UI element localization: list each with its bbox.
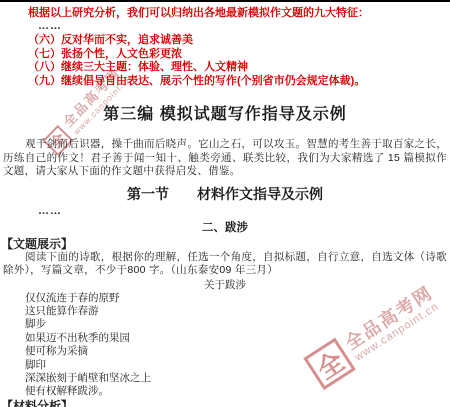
poem-body: 仅仅流连于春的原野 这只能算作春游 脚步 如果迈不出秋季的果园 便可称为采摘 脚… — [25, 292, 450, 399]
poem-line: 这只能算作春游 — [25, 305, 450, 318]
topic-display-label: 【文题展示】 — [1, 237, 450, 251]
poem-line: 便有权解释跋涉。 — [25, 385, 450, 398]
section-title: 第一节 材料作文指导及示例 — [0, 185, 450, 203]
feature-item-9: （九）继续倡导自由表达、展示个性的写作(个别省市仍会规定体裁)。 — [28, 75, 448, 89]
ellipsis-middle: …… — [38, 205, 450, 218]
features-intro-line: 根据以上研究分析，我们可以归纳出各地最新模拟作文题的九大特征： — [28, 6, 448, 20]
material-analysis-label: 【材料分析】 — [1, 399, 450, 407]
intro-paragraph: 观千剑而后识器，操千曲而后晓声。它山之石，可以攻玉。智慧的考生善于取百家之长，历… — [3, 138, 447, 179]
poem-line: 便可称为采摘 — [25, 345, 450, 358]
poem-line: 脚印 — [25, 359, 450, 372]
poem-line: 仅仅流连于春的原野 — [25, 292, 450, 305]
ellipsis-top: …… — [38, 20, 450, 33]
poem-line: 深深嵌刻于峭壁和坚冰之上 — [25, 372, 450, 385]
part-title: 第三编 模拟试题写作指导及示例 — [0, 105, 450, 125]
feature-item-6: （六）反对华而不实，追求诚善美 — [28, 34, 448, 48]
writing-prompt: 阅读下面的诗歌，根据你的理解，任选一个角度，自拟标题，自行立意，自选文体（诗歌除… — [3, 251, 447, 278]
poem-title: 关于跋涉 — [0, 279, 450, 292]
poem-line: 脚步 — [25, 318, 450, 331]
poem-line: 如果迈不出秋季的果园 — [25, 332, 450, 345]
document-page: 根据以上研究分析，我们可以归纳出各地最新模拟作文题的九大特征： …… （六）反对… — [0, 0, 450, 407]
topic-title: 二、跋涉 — [0, 221, 450, 235]
feature-list: （六）反对华而不实，追求诚善美 （七）张扬个性，人文色彩更浓 （八）继续三大主题… — [28, 34, 448, 88]
feature-item-8: （八）继续三大主题：体验、理性、人文精神 — [28, 61, 448, 75]
feature-item-7: （七）张扬个性，人文色彩更浓 — [28, 48, 448, 62]
